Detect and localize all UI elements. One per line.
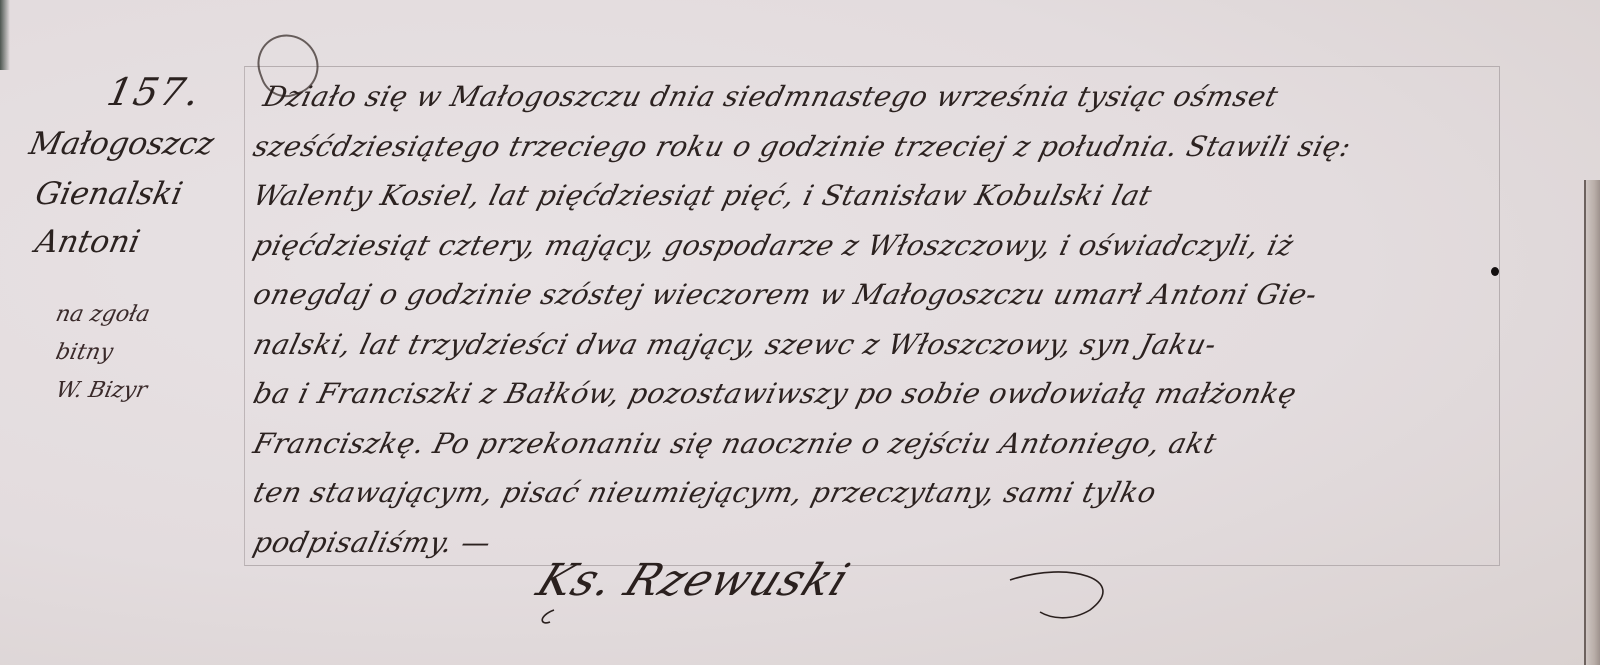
margin-surname: Gienalski — [32, 176, 244, 212]
record-line: pięćdziesiąt cztery, mający, gospodarze … — [248, 221, 1500, 271]
page-edge-line — [1584, 180, 1586, 665]
ink-blot — [1491, 267, 1499, 276]
record-line: Walenty Kosiel, lat pięćdziesiąt pięć, i… — [248, 171, 1500, 221]
record-line: nalski, lat trzydzieści dwa mający, szew… — [248, 320, 1500, 370]
page-edge — [1586, 180, 1600, 665]
record-line: Franciszkę. Po przekonaniu się naocznie … — [248, 419, 1500, 469]
priest-signature: Ks. Rzewuski — [530, 555, 858, 606]
record-line: ba i Franciszki z Bałków, pozostawiwszy … — [248, 369, 1500, 419]
entry-number: 157. — [103, 70, 244, 114]
margin-column: 157. Małogoszcz Gienalski Antoni na zgoł… — [30, 70, 240, 410]
margin-place: Małogoszcz — [26, 126, 244, 162]
record-body: Działo się w Małogoszczu dnia siedmnaste… — [254, 72, 1494, 567]
margin-note-line: na zgoła — [52, 296, 244, 334]
margin-given-name: Antoni — [32, 224, 244, 260]
binding-shadow — [0, 0, 10, 70]
record-line: Działo się w Małogoszczu dnia siedmnaste… — [248, 72, 1500, 122]
record-line: ten stawającym, pisać nieumiejącym, prze… — [248, 468, 1500, 518]
record-line: onegdaj o godzinie szóstej wieczorem w M… — [248, 270, 1500, 320]
margin-note-line: bitny — [52, 334, 244, 372]
document-page: 157. Małogoszcz Gienalski Antoni na zgoł… — [0, 0, 1600, 665]
margin-note-line: W. Bizyr — [52, 372, 244, 410]
record-line: sześćdziesiątego trzeciego roku o godzin… — [248, 122, 1500, 172]
